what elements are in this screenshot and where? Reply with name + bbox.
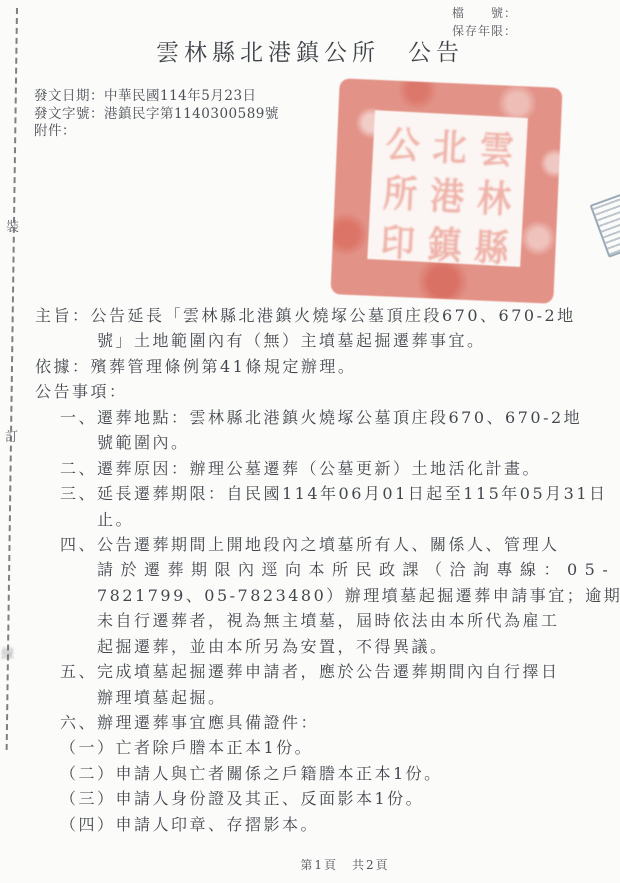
body-line: 主旨：公告延長「雲林縣北港鎮火燒塚公墓頂庄段670、670-2地 (35, 303, 595, 328)
official-seal: 公 北 雲 所 港 林 印 鎮 縣 (330, 78, 562, 304)
body-line: 六、辦理遷葬事宜應具備證件： (35, 710, 595, 735)
body-line: （四）申請人印章、存摺影本。 (35, 812, 595, 837)
body-line: 公告事項： (35, 379, 595, 404)
body-line: 止。 (35, 507, 595, 532)
binding-char-zhuang: 裝 (6, 216, 19, 235)
body-line: 二、遷葬原因：辦理公墓遷葬（公墓更新）土地活化計畫。 (35, 456, 595, 481)
file-number-label: 檔 號： (452, 4, 517, 22)
body-line: 一、遷葬地點：雲林縣北港鎮火燒塚公墓頂庄段670、670-2地 (35, 405, 595, 430)
document-meta: 發文日期：中華民國114年5月23日 發文字號：港鎮民字第1140300589號… (34, 88, 279, 141)
seal-glyph: 所 (382, 164, 419, 219)
body-line: 依據：殯葬管理條例第41條規定辦理。 (35, 354, 595, 379)
body-line: 起掘遷葬，並由本所另為安置，不得異議。 (35, 634, 595, 659)
seal-glyph: 林 (476, 169, 513, 224)
body-line: （三）申請人身份證及其正、反面影本1份。 (35, 786, 595, 811)
binding-line (6, 8, 18, 750)
body-line: 號範圍內。 (35, 430, 595, 455)
binding-char-ding: 訂 (5, 426, 18, 445)
body-line: 號」土地範圍內有（無）主墳墓起掘遷葬事宜。 (35, 328, 595, 353)
issue-date: 發文日期：中華民國114年5月23日 (34, 88, 279, 106)
doc-number: 發文字號：港鎮民字第1140300589號 (34, 106, 279, 124)
body-line: （一）亡者除戶謄本正本1份。 (35, 735, 595, 760)
seal-glyph: 公 (385, 115, 422, 170)
seal-glyph: 港 (429, 166, 466, 221)
seal-glyph: 鎮 (426, 215, 463, 270)
announcement-document: 裝 訂 線 檔 號： 保存年限： 雲林縣北港鎮公所 公告 發文日期：中華民國11… (0, 0, 620, 883)
body-line: 五、完成墳墓起掘遷葬申請者，應於公告遷葬期間內自行擇日 (35, 659, 595, 684)
body-line: 三、延長遷葬期限：自民國114年06月01日起至115年05月31日 (35, 481, 595, 506)
seal-glyph: 北 (432, 117, 469, 172)
seal-glyph: 印 (379, 213, 416, 268)
side-stamp (590, 192, 620, 258)
seal-glyph: 縣 (473, 218, 510, 273)
page-number: 第1頁 共2頁 (0, 856, 620, 873)
announcement-body: 主旨：公告延長「雲林縣北港鎮火燒塚公墓頂庄段670、670-2地 號」土地範圍內… (35, 303, 595, 837)
body-line: 7821799、05-7823480）辦理墳墓起掘遷葬申請事宜；逾期 (35, 583, 595, 608)
body-line: 四、公告遷葬期間上開地段內之墳墓所有人、關係人、管理人 (35, 532, 595, 557)
document-title: 雲林縣北港鎮公所 公告 (0, 34, 620, 67)
body-line: 未自行遷葬者，視為無主墳墓，屆時依法由本所代為雇工 (35, 608, 595, 633)
attachment-label: 附件： (34, 123, 279, 141)
binding-char-xian: 線 (1, 643, 14, 662)
body-line: 辦理墳墓起掘。 (35, 685, 595, 710)
official-seal-face: 公 北 雲 所 港 林 印 鎮 縣 (367, 110, 528, 267)
body-line: 請於遷葬期限內逕向本所民政課（洽詢專線：05- (35, 557, 595, 582)
body-line: （二）申請人與亡者關係之戶籍謄本正本1份。 (35, 761, 595, 786)
seal-glyph: 雲 (478, 120, 515, 175)
